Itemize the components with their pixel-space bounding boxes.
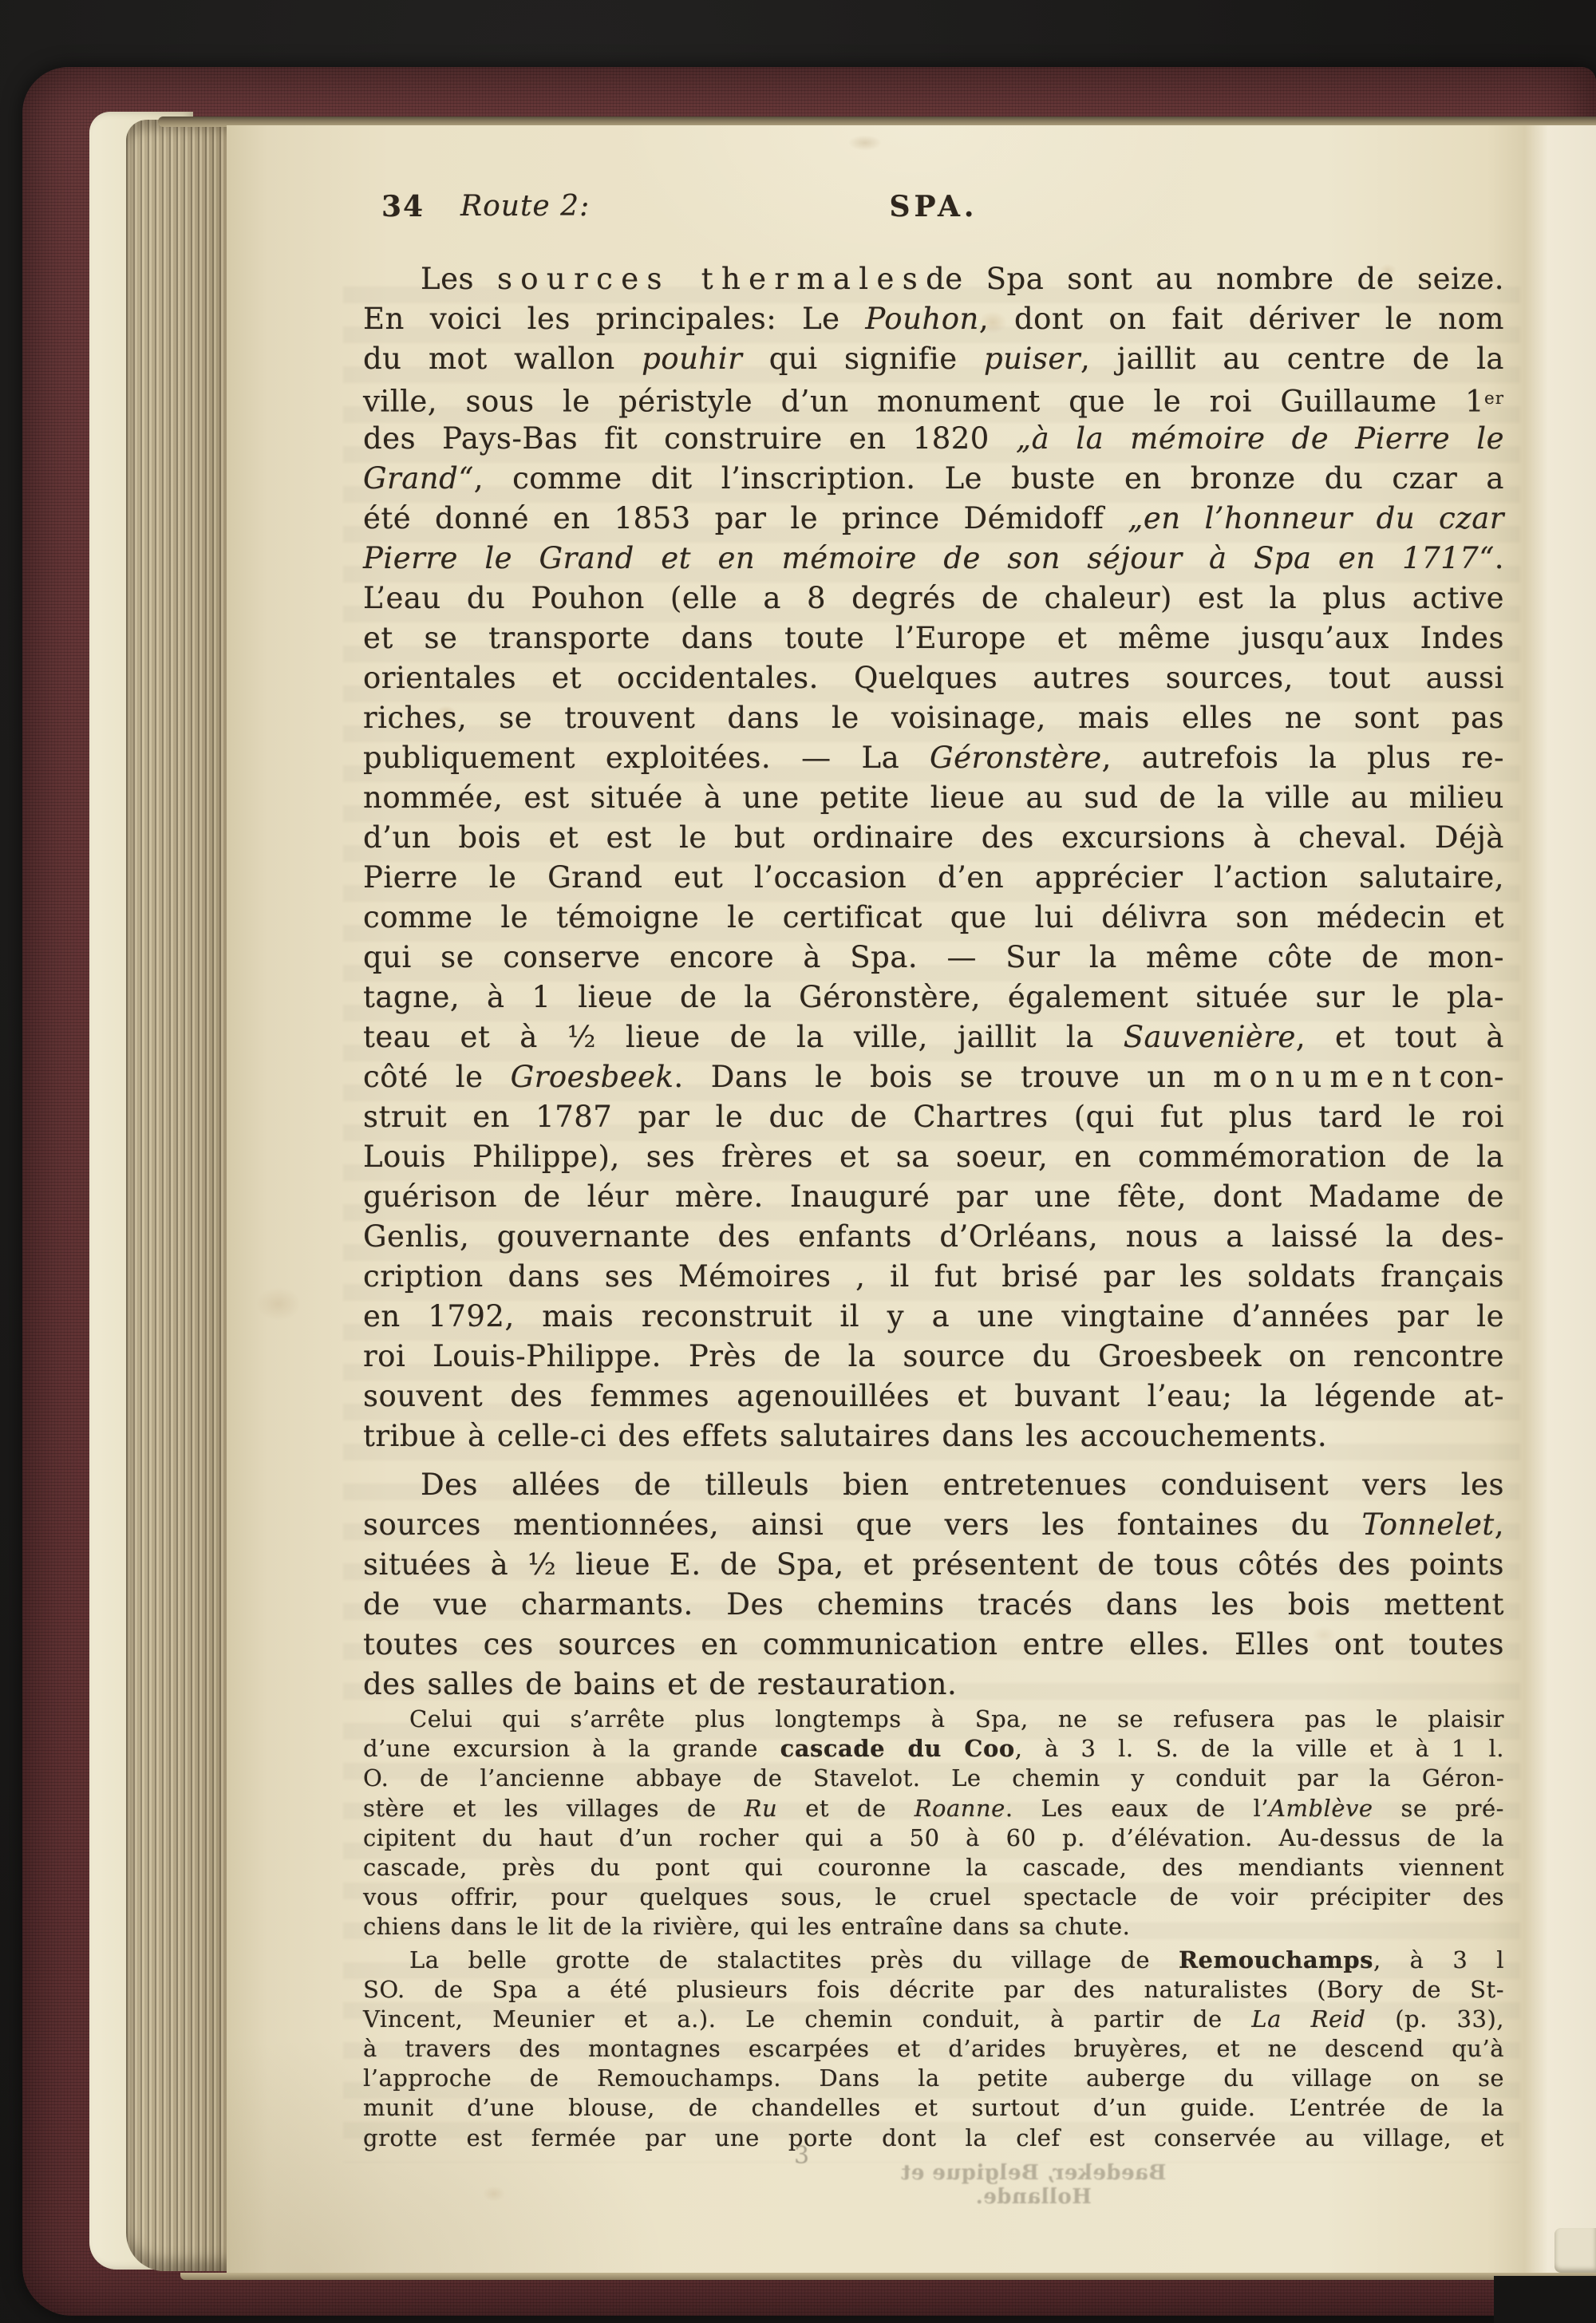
- text-line: L’eau du Pouhon (elle a 8 degrés de chal…: [363, 579, 1504, 618]
- text-segment: . Dans le bois se trouve un: [674, 1060, 1213, 1094]
- text-segment-i: pouhir: [642, 342, 742, 376]
- text-segment: situées à ½ lieue E. de Spa, et présente…: [363, 1547, 1504, 1582]
- route-label: Route 2:: [460, 190, 590, 223]
- text-line: souvent des femmes agenouillées et buvan…: [363, 1377, 1504, 1416]
- text-segment-b: Remouchamps: [1179, 1946, 1373, 1973]
- text-line: orientales et occidentales. Quelques aut…: [363, 658, 1504, 698]
- text-segment: se pré-: [1373, 1795, 1504, 1822]
- text-segment: struit en 1787 par le duc de Chartres (q…: [363, 1100, 1504, 1134]
- text-segment-i: Grand“: [363, 461, 474, 496]
- text-line: ville, sous le péristyle d’un monument q…: [363, 379, 1504, 419]
- paragraph-cascade-du-coo: Celui qui s’arrête plus longtemps à Spa,…: [363, 1705, 1504, 1942]
- text-segment: , et tout à: [1296, 1020, 1504, 1054]
- text-line: grotte est fermée par une porte dont la …: [363, 2123, 1504, 2153]
- text-line: O. de l’ancienne abbaye de Stavelot. Le …: [363, 1764, 1504, 1793]
- text-segment-i: puiser: [984, 342, 1080, 376]
- text-segment-i: Amblève: [1269, 1795, 1373, 1822]
- text-segment: de vue charmants. Des chemins tracés dan…: [363, 1587, 1504, 1622]
- text-segment: roi Louis-Philippe. Près de la source du…: [363, 1339, 1504, 1373]
- text-line: d’une excursion à la grande cascade du C…: [363, 1734, 1504, 1764]
- text-segment: chiens dans le lit de la rivière, qui le…: [363, 1913, 1130, 1940]
- text-line: et se transporte dans toute l’Europe et …: [363, 618, 1504, 658]
- text-segment: .: [1495, 541, 1504, 575]
- paragraph-allees-de-tilleuls: Des allées de tilleuls bien entretenues …: [363, 1465, 1504, 1705]
- text-segment: qui signifie: [742, 342, 984, 376]
- text-line: Grand“, comme dit l’inscription. Le bust…: [363, 459, 1504, 499]
- text-segment: Les: [421, 262, 497, 296]
- text-line: toutes ces sources en communication entr…: [363, 1625, 1504, 1665]
- text-segment: d’une excursion à la grande: [363, 1735, 780, 1762]
- text-line: Genlis, gouvernante des enfants d’Orléan…: [363, 1217, 1504, 1257]
- text-segment-i: „à la mémoire de Pierre le: [1016, 421, 1504, 456]
- page-number: 34: [381, 190, 425, 223]
- text-segment: ,: [1495, 1507, 1504, 1542]
- text-segment-b: cascade du Coo: [780, 1735, 1015, 1762]
- text-line: nommée, est située à une petite lieue au…: [363, 778, 1504, 818]
- text-line: côté le Groesbeek. Dans le bois se trouv…: [363, 1057, 1504, 1097]
- text-segment: qui se conserve encore à Spa. — Sur la m…: [363, 940, 1504, 974]
- text-segment: Celui qui s’arrête plus longtemps à Spa,…: [409, 1705, 1504, 1732]
- text-segment: En voici les principales: Le: [363, 302, 865, 336]
- text-segment: SO. de Spa a été plusieurs fois décrite …: [363, 1976, 1504, 2003]
- text-line: du mot wallon pouhir qui signifie puiser…: [363, 339, 1504, 379]
- text-line: Pierre le Grand et en mémoire de son séj…: [363, 539, 1504, 579]
- text-segment: et se transporte dans toute l’Europe et …: [363, 621, 1504, 655]
- text-segment: nommée, est située à une petite lieue au…: [363, 780, 1504, 815]
- text-segment: , à 3 l: [1373, 1946, 1504, 1973]
- text-segment-sup: er: [1484, 389, 1504, 409]
- text-segment-i: Sauvenière: [1124, 1020, 1296, 1054]
- text-line: stère et les villages de Ru et de Roanne…: [363, 1794, 1504, 1823]
- text-segment-sp: monument: [1213, 1060, 1440, 1094]
- text-segment: (p. 33),: [1365, 2005, 1504, 2033]
- running-head: 34 Route 2: SPA.: [363, 190, 1504, 228]
- text-line: La belle grotte de stalactites près du v…: [363, 1946, 1504, 1975]
- text-line: riches, se trouvent dans le voisinage, m…: [363, 698, 1504, 738]
- text-segment: guérison de léur mère. Inauguré par une …: [363, 1179, 1504, 1214]
- text-segment: Louis Philippe), ses frères et sa soeur,…: [363, 1140, 1504, 1174]
- text-segment: comme le témoigne le certificat que lui …: [363, 900, 1504, 934]
- paragraph-sources-thermales: Les sources thermalesde Spa sont au nomb…: [363, 259, 1504, 1456]
- text-line: cription dans ses Mémoires , il fut bris…: [363, 1257, 1504, 1297]
- text-line: des salles de bains et de restauration.: [363, 1665, 1504, 1705]
- text-segment: grotte est fermée par une porte dont la …: [363, 2124, 1504, 2151]
- text-segment: con-: [1440, 1060, 1504, 1094]
- page-bottom-edge: [180, 2273, 1596, 2280]
- text-segment: teau et à ½ lieue de la ville, jaillit l…: [363, 1020, 1124, 1054]
- text-segment: et de: [777, 1795, 915, 1822]
- text-segment-sp: sources thermales: [497, 262, 926, 296]
- text-segment: Genlis, gouvernante des enfants d’Orléan…: [363, 1219, 1504, 1254]
- text-line: Des allées de tilleuls bien entretenues …: [363, 1465, 1504, 1505]
- text-line: roi Louis-Philippe. Près de la source du…: [363, 1337, 1504, 1377]
- text-segment-i: Pierre le Grand et en mémoire de son séj…: [363, 541, 1495, 575]
- text-line: en 1792, mais reconstruit il y a une vin…: [363, 1297, 1504, 1337]
- text-segment: O. de l’ancienne abbaye de Stavelot. Le …: [363, 1764, 1504, 1792]
- text-line: sources mentionnées, ainsi que vers les …: [363, 1505, 1504, 1545]
- text-segment-i: Tonnelet: [1361, 1507, 1494, 1542]
- scanned-book-page-screenshot: 34 Route 2: SPA. Les sources thermalesde…: [0, 0, 1596, 2323]
- text-segment: , jaillit au centre de la: [1080, 342, 1504, 376]
- text-line: situées à ½ lieue E. de Spa, et présente…: [363, 1545, 1504, 1585]
- text-line: tagne, à 1 lieue de la Géronstère, égale…: [363, 978, 1504, 1017]
- text-segment: , dont on fait dériver le nom: [979, 302, 1504, 336]
- paragraph-grotte-remouchamps: La belle grotte de stalactites près du v…: [363, 1946, 1504, 2153]
- text-segment: publiquement exploitées. — La: [363, 741, 930, 775]
- publisher-line-bleed: Baedeker, Belgique et Hollande.: [878, 2161, 1189, 2209]
- text-segment: L’eau du Pouhon (elle a 8 degrés de chal…: [363, 581, 1504, 615]
- text-line: SO. de Spa a été plusieurs fois décrite …: [363, 1975, 1504, 2005]
- text-segment: . Les eaux de l’: [1005, 1795, 1269, 1822]
- text-segment: La belle grotte de stalactites près du v…: [409, 1946, 1179, 1973]
- text-segment: riches, se trouvent dans le voisinage, m…: [363, 701, 1504, 735]
- text-segment: du mot wallon: [363, 342, 642, 376]
- text-line: struit en 1787 par le duc de Chartres (q…: [363, 1097, 1504, 1137]
- text-segment: , comme dit l’inscription. Le buste en b…: [474, 461, 1504, 496]
- text-line: Vincent, Meunier et a.). Le chemin condu…: [363, 2005, 1504, 2034]
- text-segment: orientales et occidentales. Quelques aut…: [363, 661, 1504, 695]
- text-line: teau et à ½ lieue de la ville, jaillit l…: [363, 1017, 1504, 1057]
- text-line: des Pays-Bas fit construire en 1820 „à l…: [363, 419, 1504, 459]
- text-segment: en 1792, mais reconstruit il y a une vin…: [363, 1299, 1504, 1333]
- text-segment: souvent des femmes agenouillées et buvan…: [363, 1379, 1504, 1413]
- text-segment: ville, sous le péristyle d’un monument q…: [363, 385, 1484, 419]
- text-line: Pierre le Grand eut l’occasion d’en appr…: [363, 858, 1504, 898]
- text-segment: stère et les villages de: [363, 1795, 745, 1822]
- text-segment: d’un bois et est le but ordinaire des ex…: [363, 820, 1504, 855]
- text-segment: tagne, à 1 lieue de la Géronstère, égale…: [363, 980, 1504, 1014]
- text-segment: été donné en 1853 par le prince Démidoff: [363, 501, 1128, 535]
- text-segment: , à 3 l. S. de la ville et à 1 l.: [1015, 1735, 1504, 1762]
- text-segment: Vincent, Meunier et a.). Le chemin condu…: [363, 2005, 1251, 2033]
- text-segment: cription dans ses Mémoires , il fut bris…: [363, 1259, 1504, 1294]
- text-segment-i: „en l’honneur du czar: [1128, 501, 1504, 535]
- text-segment: des Pays-Bas fit construire en 1820: [363, 421, 1016, 456]
- text-segment: Des allées de tilleuls bien entretenues …: [421, 1468, 1504, 1502]
- text-line: à travers des montagnes escarpées et d’a…: [363, 2034, 1504, 2064]
- text-segment: toutes ces sources en communication entr…: [363, 1627, 1504, 1661]
- text-line: été donné en 1853 par le prince Démidoff…: [363, 499, 1504, 539]
- text-line: cascade, près du pont qui couronne la ca…: [363, 1853, 1504, 1882]
- text-line: d’un bois et est le but ordinaire des ex…: [363, 818, 1504, 858]
- text-segment: tribue à celle-ci des effets salutaires …: [363, 1419, 1327, 1453]
- text-line: chiens dans le lit de la rivière, qui le…: [363, 1912, 1504, 1942]
- text-segment-i: Ru: [745, 1795, 778, 1822]
- text-segment-i: Pouhon: [865, 302, 978, 336]
- text-line: publiquement exploitées. — La Géronstère…: [363, 738, 1504, 778]
- text-line: guérison de léur mère. Inauguré par une …: [363, 1177, 1504, 1217]
- text-line: En voici les principales: Le Pouhon, don…: [363, 299, 1504, 339]
- text-line: Louis Philippe), ses frères et sa soeur,…: [363, 1137, 1504, 1177]
- text-segment-i: Groesbeek: [511, 1060, 674, 1094]
- text-line: Celui qui s’arrête plus longtemps à Spa,…: [363, 1705, 1504, 1734]
- text-line: cipitent du haut d’un rocher qui a 50 à …: [363, 1823, 1504, 1853]
- text-segment: sources mentionnées, ainsi que vers les …: [363, 1507, 1361, 1542]
- text-segment: vous offrir, pour quelques sous, le crue…: [363, 1883, 1504, 1910]
- text-segment: l’approche de Remouchamps. Dans la petit…: [363, 2064, 1504, 2092]
- text-line: qui se conserve encore à Spa. — Sur la m…: [363, 938, 1504, 978]
- behind-page-notch: [1555, 2228, 1596, 2273]
- text-line: Les sources thermalesde Spa sont au nomb…: [363, 259, 1504, 299]
- text-line: l’approche de Remouchamps. Dans la petit…: [363, 2064, 1504, 2093]
- text-line: de vue charmants. Des chemins tracés dan…: [363, 1585, 1504, 1625]
- text-segment: côté le: [363, 1060, 511, 1094]
- text-line: tribue à celle-ci des effets salutaires …: [363, 1416, 1504, 1456]
- text-segment: à travers des montagnes escarpées et d’a…: [363, 2035, 1504, 2062]
- text-segment: cipitent du haut d’un rocher qui a 50 à …: [363, 1824, 1504, 1851]
- text-line: munit d’une blouse, de chandelles et sur…: [363, 2093, 1504, 2123]
- text-segment-i: Roanne: [915, 1795, 1005, 1822]
- text-segment: des salles de bains et de restauration.: [363, 1667, 957, 1701]
- text-line: comme le témoigne le certificat que lui …: [363, 898, 1504, 938]
- text-segment: de Spa sont au nombre de seize.: [926, 262, 1504, 296]
- signature-mark-bleed: 3: [794, 2142, 809, 2170]
- text-segment: , autrefois la plus re-: [1102, 741, 1504, 775]
- bottom-right-background: [1494, 2276, 1596, 2323]
- text-segment: munit d’une blouse, de chandelles et sur…: [363, 2094, 1504, 2121]
- text-block: Les sources thermalesde Spa sont au nomb…: [363, 259, 1504, 2153]
- text-segment: cascade, près du pont qui couronne la ca…: [363, 1854, 1504, 1881]
- text-segment: Pierre le Grand eut l’occasion d’en appr…: [363, 860, 1504, 895]
- text-segment-i: Géronstère: [930, 741, 1102, 775]
- text-line: vous offrir, pour quelques sous, le crue…: [363, 1882, 1504, 1912]
- text-segment-i: La Reid: [1251, 2005, 1365, 2033]
